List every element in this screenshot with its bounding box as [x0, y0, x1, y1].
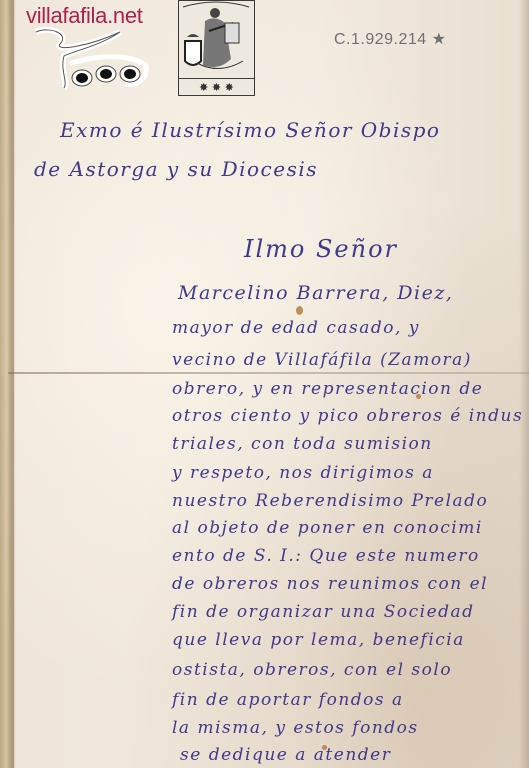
body-line: otros ciento y pico obreros é indus	[172, 406, 523, 426]
document-page: villafafila.net ✸ ✸ ✸ C.1.929.214 ★ Exmo…	[0, 0, 529, 768]
body-line: la misma, y estos fondos	[172, 718, 419, 738]
body-line: y respeto, nos dirigimos a	[172, 463, 434, 483]
body-line: triales, con toda sumision	[172, 434, 433, 454]
body-line: fin de aportar fondos a	[172, 690, 404, 710]
ink-stain	[296, 306, 303, 315]
page-binding-edge	[0, 0, 14, 768]
stamp-serial-number: C.1.929.214 ★	[334, 29, 446, 49]
address-line: de Astorga y su Diocesis	[34, 157, 318, 181]
body-line: Marcelino Barrera, Diez,	[178, 282, 453, 304]
body-line: fin de organizar una Sociedad	[172, 602, 475, 622]
allegorical-figure-icon	[179, 1, 253, 77]
body-line: ostista, obreros, con el solo	[172, 660, 452, 680]
body-line: que lleva por lema, beneficia	[172, 630, 465, 650]
body-line: de obreros nos reunimos con el	[172, 574, 488, 594]
star-icon: ★	[432, 31, 447, 48]
page-right-edge	[519, 0, 529, 768]
salutation: Ilmo Señor	[244, 235, 398, 263]
body-line: nuestro Reberendisimo Prelado	[172, 491, 488, 511]
body-line: ento de S. I.: Que este numero	[172, 546, 480, 566]
body-line: se dedique a atender	[180, 745, 391, 765]
body-line: vecino de Villafáfila (Zamora)	[172, 350, 472, 370]
body-line: al objeto de poner en conocimi	[172, 518, 483, 538]
official-seal-stamp: ✸ ✸ ✸	[178, 0, 255, 96]
serial-number: C.1.929.214	[334, 31, 427, 48]
address-line: Exmo é Ilustrísimo Señor Obispo	[60, 118, 440, 142]
todo-logo-icon	[30, 26, 150, 94]
seal-ornament-band: ✸ ✸ ✸	[179, 78, 254, 95]
body-line: mayor de edad casado, y	[172, 318, 420, 338]
paper-fold-line	[8, 372, 529, 374]
ink-stain	[322, 745, 327, 750]
body-line: obrero, y en representacion de	[172, 379, 483, 399]
ink-stain	[416, 394, 421, 399]
